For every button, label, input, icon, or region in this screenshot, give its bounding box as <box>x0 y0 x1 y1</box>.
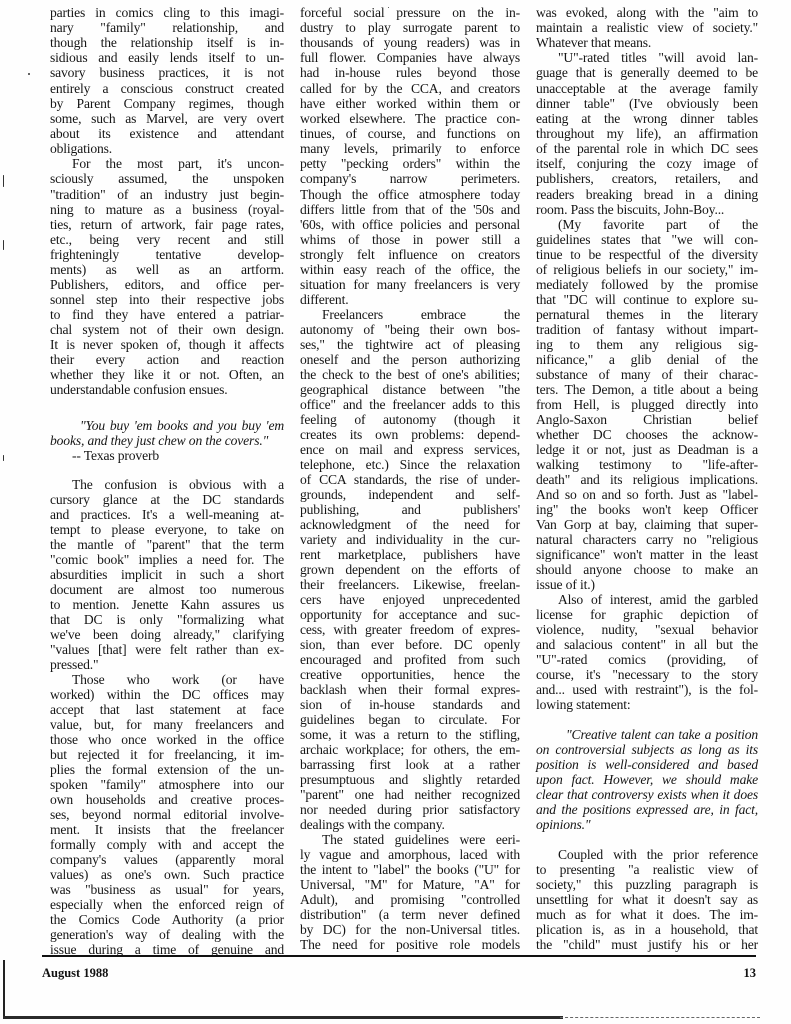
text-line: substance of many of their charac- <box>536 367 758 382</box>
text-line: ses," the tightwire act of pleasing <box>300 337 520 352</box>
text-line: readers breaking bread in a dining <box>536 187 758 202</box>
text-line: etc., being very recent and still <box>50 232 284 247</box>
text-line: should anyone choose to make an <box>536 562 758 577</box>
text-line: called for by the CCA, and creators <box>300 81 520 96</box>
text-line: dinner table" (I've obviously been <box>536 96 758 111</box>
text-line: ledge it or not, just as Deadman is a <box>536 442 758 457</box>
text-line: The need for positive role models <box>300 937 520 952</box>
text-line: Also of interest, amid the garbled <box>536 592 758 607</box>
text-line: cers have enjoyed unprecedented <box>300 592 520 607</box>
text-line: opportunity for acceptance and suc- <box>300 607 520 622</box>
text-line: ties, return of artwork, fair page rates… <box>50 217 284 232</box>
text-line: own households and creative proces- <box>50 792 284 807</box>
footer-rule <box>42 955 756 957</box>
text-line: whether DC chooses the acknow- <box>536 427 758 442</box>
text-line: office" and the freelancer adds to this <box>300 397 520 412</box>
text-line: spoken "family" atmosphere into our <box>50 777 284 792</box>
text-line: ning to mature as a business (royal- <box>50 202 284 217</box>
text-line: of CCA standards, the rise of under- <box>300 472 520 487</box>
text-line: geographical distance between "the <box>300 382 520 397</box>
scan-edge-bottom <box>3 1016 563 1019</box>
text-line: barrassing first look at a rather <box>300 757 520 772</box>
text-line: archaic workplace; for others, the em- <box>300 742 520 757</box>
text-line: Whatever that means. <box>536 35 758 50</box>
text-line: and salacious content" in all but the <box>536 637 758 652</box>
text-line: "comic book" implies a need for. The <box>50 552 284 567</box>
text-line: '60s, with office policies and personal <box>300 217 520 232</box>
scan-edge-bottom-faint <box>560 1017 760 1019</box>
text-line: company's values (apparently moral <box>50 852 284 867</box>
text-line: absurdities implicit in such a short <box>50 567 284 582</box>
text-line: Universal, "M" for Mature, "A" for <box>300 877 520 892</box>
text-line: differs little from that of the '50s and <box>300 202 520 217</box>
text-line: value, but, for many freelancers and <box>50 717 284 732</box>
text-line: acknowledgment of the need for <box>300 517 520 532</box>
text-line: distribution" (a term never defined <box>300 907 520 922</box>
text-line: and... used with restraint"), is the fol… <box>536 682 758 697</box>
text-line: cursory glance at the DC standards <box>50 492 284 507</box>
text-line: we've been doing already," clarifying <box>50 627 284 642</box>
text-line: was "business as usual" for years, <box>50 882 284 897</box>
text-line: to presenting "a realistic view of <box>536 862 758 877</box>
text-line: the Comics Code Authority (a prior <box>50 912 284 927</box>
text-line: itself, conjuring the cozy image of <box>536 156 758 171</box>
text-line: especially when the enforced reign of <box>50 897 284 912</box>
text-line: Those who work (or have <box>50 672 284 687</box>
text-line: throughout my life), an affirmation <box>536 126 758 141</box>
text-line: Adult), and promising "controlled <box>300 892 520 907</box>
text-line: "tradition" of an industry just begin- <box>50 187 284 202</box>
text-line: Anglo-Saxon Christian belief <box>536 412 758 427</box>
text-line: worked) within the DC offices may <box>50 687 284 702</box>
text-line: their freelancers. Likewise, freelan- <box>300 577 520 592</box>
text-line: the intent to "label" the books ("U" for <box>300 862 520 877</box>
text-line: license for graphic depiction of <box>536 607 758 622</box>
text-line: Freelancers embrace the <box>300 307 520 322</box>
text-line: tinues, of course, and functions on <box>300 126 520 141</box>
text-line: mediately followed by the promise <box>536 277 758 292</box>
text-line: natural characters carry no "religious <box>536 532 758 547</box>
text-line: frighteningly tentative develop- <box>50 247 284 262</box>
text-line: ing" the books won't keep Officer <box>536 502 758 517</box>
text-line: some, such as Marvel, are very overt <box>50 111 284 126</box>
text-line: "U"-rated titles "will avoid lan- <box>536 50 758 65</box>
text-line: to find they have entered a patriar- <box>50 307 284 322</box>
text-line: The confusion is obvious with a <box>50 477 284 492</box>
text-line: society," this puzzling paragraph is <box>536 877 758 892</box>
text-line: Coupled with the prior reference <box>536 847 758 862</box>
text-line: rent marketplace, publishers have <box>300 547 520 562</box>
text-line: It is never spoken of, though it affects <box>50 337 284 352</box>
text-line: opinions." <box>536 817 758 832</box>
scan-edge-left <box>3 960 5 1018</box>
text-line: had in-house rules beyond those <box>300 65 520 80</box>
text-line: Publishers, editors, and office per- <box>50 277 284 292</box>
text-line: much as for what it does. The im- <box>536 907 758 922</box>
text-line: sonnel step into their respective jobs <box>50 292 284 307</box>
text-line: savory business practices, it is not <box>50 65 284 80</box>
text-line: nary "family" relationship, and <box>50 20 284 35</box>
text-line: generation's way of dealing with the <box>50 927 284 942</box>
text-line: and the positions expressed are, in fact… <box>536 802 758 817</box>
text-line: petty "pecking orders" within the <box>300 156 520 171</box>
text-line: creative opportunities, hence the <box>300 667 520 682</box>
text-line: the "child" must justify his or her <box>536 937 758 952</box>
text-line: tradition of fantasy without impart- <box>536 322 758 337</box>
text-line: pressed." <box>50 657 284 672</box>
text-line: guidelines states that "we will con- <box>536 232 758 247</box>
text-line: have either worked within them or <box>300 96 520 111</box>
text-line: obligations. <box>50 141 284 156</box>
text-line: grown dependent on the efforts of <box>300 562 520 577</box>
text-line: whims of those in power still a <box>300 232 520 247</box>
text-line: though the relationship itself is in- <box>50 35 284 50</box>
text-line: oneself and the person authorizing <box>300 352 520 367</box>
text-line: of the parental role in which DC sees <box>536 141 758 156</box>
text-line: tempt to please everyone, to take on <box>50 522 284 537</box>
footer-date: August 1988 <box>42 966 108 981</box>
text-line: telephone, etc.) Since the relaxation <box>300 457 520 472</box>
text-line: dustry to play surrogate parent to <box>300 20 520 35</box>
scan-speck <box>28 73 30 75</box>
text-line: about its existence and attendant <box>50 126 284 141</box>
text-line: encouraged and profited from such <box>300 652 520 667</box>
text-line: chal system not of their own design. <box>50 322 284 337</box>
text-line: company's narrow perimeters. <box>300 171 520 186</box>
text-line: issue of it.) <box>536 577 758 592</box>
text-line: backlash when their formal expres- <box>300 682 520 697</box>
text-line: some, it was a return to the stifling, <box>300 727 520 742</box>
text-line: was evoked, along with the "aim to <box>536 5 758 20</box>
text-line: and practices. It's a well-meaning at- <box>50 507 284 522</box>
text-line: many levels, primarily to enforce <box>300 141 520 156</box>
text-line: plies the formal extension of the un- <box>50 762 284 777</box>
text-line: full flower. Companies have always <box>300 50 520 65</box>
text-line: within easy reach of the office, the <box>300 262 520 277</box>
text-line: room. Pass the biscuits, John-Boy... <box>536 202 758 217</box>
text-line: of religious beliefs in our society," im… <box>536 262 758 277</box>
text-line: formally comply with and accept the <box>50 837 284 852</box>
text-line: variety and individuality in the cur- <box>300 532 520 547</box>
text-line: to mention. Jenette Kahn assures us <box>50 597 284 612</box>
text-line: nor needed during prior satisfactory <box>300 802 520 817</box>
text-line: tinue to be respectful of the diversity <box>536 247 758 262</box>
text-line: sion, than ever before. DC openly <box>300 637 520 652</box>
text-line: that DC is only "formalizing what <box>50 612 284 627</box>
text-line: ters. The Demon, a title about a being <box>536 382 758 397</box>
text-line: the check to the best of one's abilities… <box>300 367 520 382</box>
text-line: entirely a conscious construct created <box>50 81 284 96</box>
text-line: maintain a realistic view of society." <box>536 20 758 35</box>
text-line: publishing, and publishers' <box>300 502 520 517</box>
text-line: ing to them any religious sig- <box>536 337 758 352</box>
text-line: situation for many freelancers is very <box>300 277 520 292</box>
text-line: plication is, as in a household, that <box>536 922 758 937</box>
text-line: ly vague and amorphous, laced with <box>300 847 520 862</box>
text-line: whether they like it or not. Often, an <box>50 367 284 382</box>
text-line: "Creative talent can take a position <box>536 727 758 742</box>
text-line: significance" won't matter in the least <box>536 547 758 562</box>
text-line: And so on and so forth. Just as "label- <box>536 487 758 502</box>
text-line: feeling of autonomy (though it <box>300 412 520 427</box>
text-line: course, it's "necessary to the story <box>536 667 758 682</box>
magazine-page: parties in comics cling to this imagi-na… <box>0 0 791 1024</box>
text-line: Though the office atmosphere today <box>300 187 520 202</box>
text-line: eating at the wrong dinner tables <box>536 111 758 126</box>
text-line: publishers, creators, retailers, and <box>536 171 758 186</box>
text-line: different. <box>300 292 520 307</box>
text-line: from Hell, is plugged directly into <box>536 397 758 412</box>
text-line: forceful social pressure on the in- <box>300 5 520 20</box>
text-line: death" and its religious implications. <box>536 472 758 487</box>
scan-speck <box>3 455 4 461</box>
page-number: 13 <box>744 966 757 981</box>
text-line: the mantle of "parent" that the term <box>50 537 284 552</box>
text-line: by DC) for the non-Universal titles. <box>300 922 520 937</box>
text-line: "You buy 'em books and you buy 'em <box>50 418 284 433</box>
text-line: sidious and easily lends itself to un- <box>50 50 284 65</box>
text-line: but rejected it for freelancing, it im- <box>50 747 284 762</box>
text-line: cess, with greater freedom of expres- <box>300 622 520 637</box>
text-line: "values [that] were felt rather than ex- <box>50 642 284 657</box>
scan-speck <box>388 7 389 8</box>
text-line: their every action and reaction <box>50 352 284 367</box>
text-line: "parent" one had neither recognized <box>300 787 520 802</box>
text-line: those who once worked in the office <box>50 732 284 747</box>
scan-speck <box>3 240 4 250</box>
text-line: accept that last statement at face <box>50 702 284 717</box>
text-line: values) as one's own. Such practice <box>50 867 284 882</box>
text-line: creates its own problems: depend- <box>300 427 520 442</box>
text-line: sion of in-house standards and <box>300 697 520 712</box>
text-line: guage that is generally deemed to be <box>536 65 758 80</box>
text-line: dealings with the company. <box>300 817 520 832</box>
text-line: ses, beyond normal editorial involve- <box>50 807 284 822</box>
text-line: document are almost too numerous <box>50 582 284 597</box>
text-line: by Parent Company regimes, though <box>50 96 284 111</box>
text-line: walking testimony to "life-after- <box>536 457 758 472</box>
text-line: ence on mail and express services, <box>300 442 520 457</box>
text-line: ments) as well as an artform. <box>50 262 284 277</box>
text-line: -- Texas proverb <box>50 448 284 463</box>
text-line: grounds, independent and self- <box>300 487 520 502</box>
text-line: position is well-considered and based <box>536 757 758 772</box>
text-line: understandable confusion ensues. <box>50 382 284 397</box>
text-line: on controversial subjects as long as its <box>536 742 758 757</box>
text-line: nificance," a glib denial of the <box>536 352 758 367</box>
text-line: strongly felt influence on creators <box>300 247 520 262</box>
text-line: For the most part, it's uncon- <box>50 156 284 171</box>
text-line: violence, nudity, "sexual behavior <box>536 622 758 637</box>
text-line: worked elsewhere. The practice con- <box>300 111 520 126</box>
text-line: upon fact. However, we should make <box>536 772 758 787</box>
text-line: sciously assumed, the unspoken <box>50 171 284 186</box>
text-line: books, and they just chew on the covers.… <box>50 433 284 448</box>
text-line: guidelines began to circulate. For <box>300 712 520 727</box>
text-line: presumptuous and slightly retarded <box>300 772 520 787</box>
text-line: thousands of young readers) was in <box>300 35 520 50</box>
text-line: clear that controversy exists when it do… <box>536 787 758 802</box>
text-line: that "DC will continue to explore su- <box>536 292 758 307</box>
scan-speck <box>3 175 4 187</box>
text-line: autonomy of "being their own bos- <box>300 322 520 337</box>
text-line: pernatural themes in the literary <box>536 307 758 322</box>
text-line: ment. It insists that the freelancer <box>50 822 284 837</box>
text-line: (My favorite part of the <box>536 217 758 232</box>
text-line: "U"-rated comics (providing, of <box>536 652 758 667</box>
text-line: parties in comics cling to this imagi- <box>50 5 284 20</box>
text-line: unsettling for what it doesn't say as <box>536 892 758 907</box>
text-line: Van Gorp at bay, claiming that super- <box>536 517 758 532</box>
text-line: unacceptable at the average family <box>536 81 758 96</box>
text-line: lowing statement: <box>536 697 758 712</box>
text-line: The stated guidelines were eeri- <box>300 832 520 847</box>
